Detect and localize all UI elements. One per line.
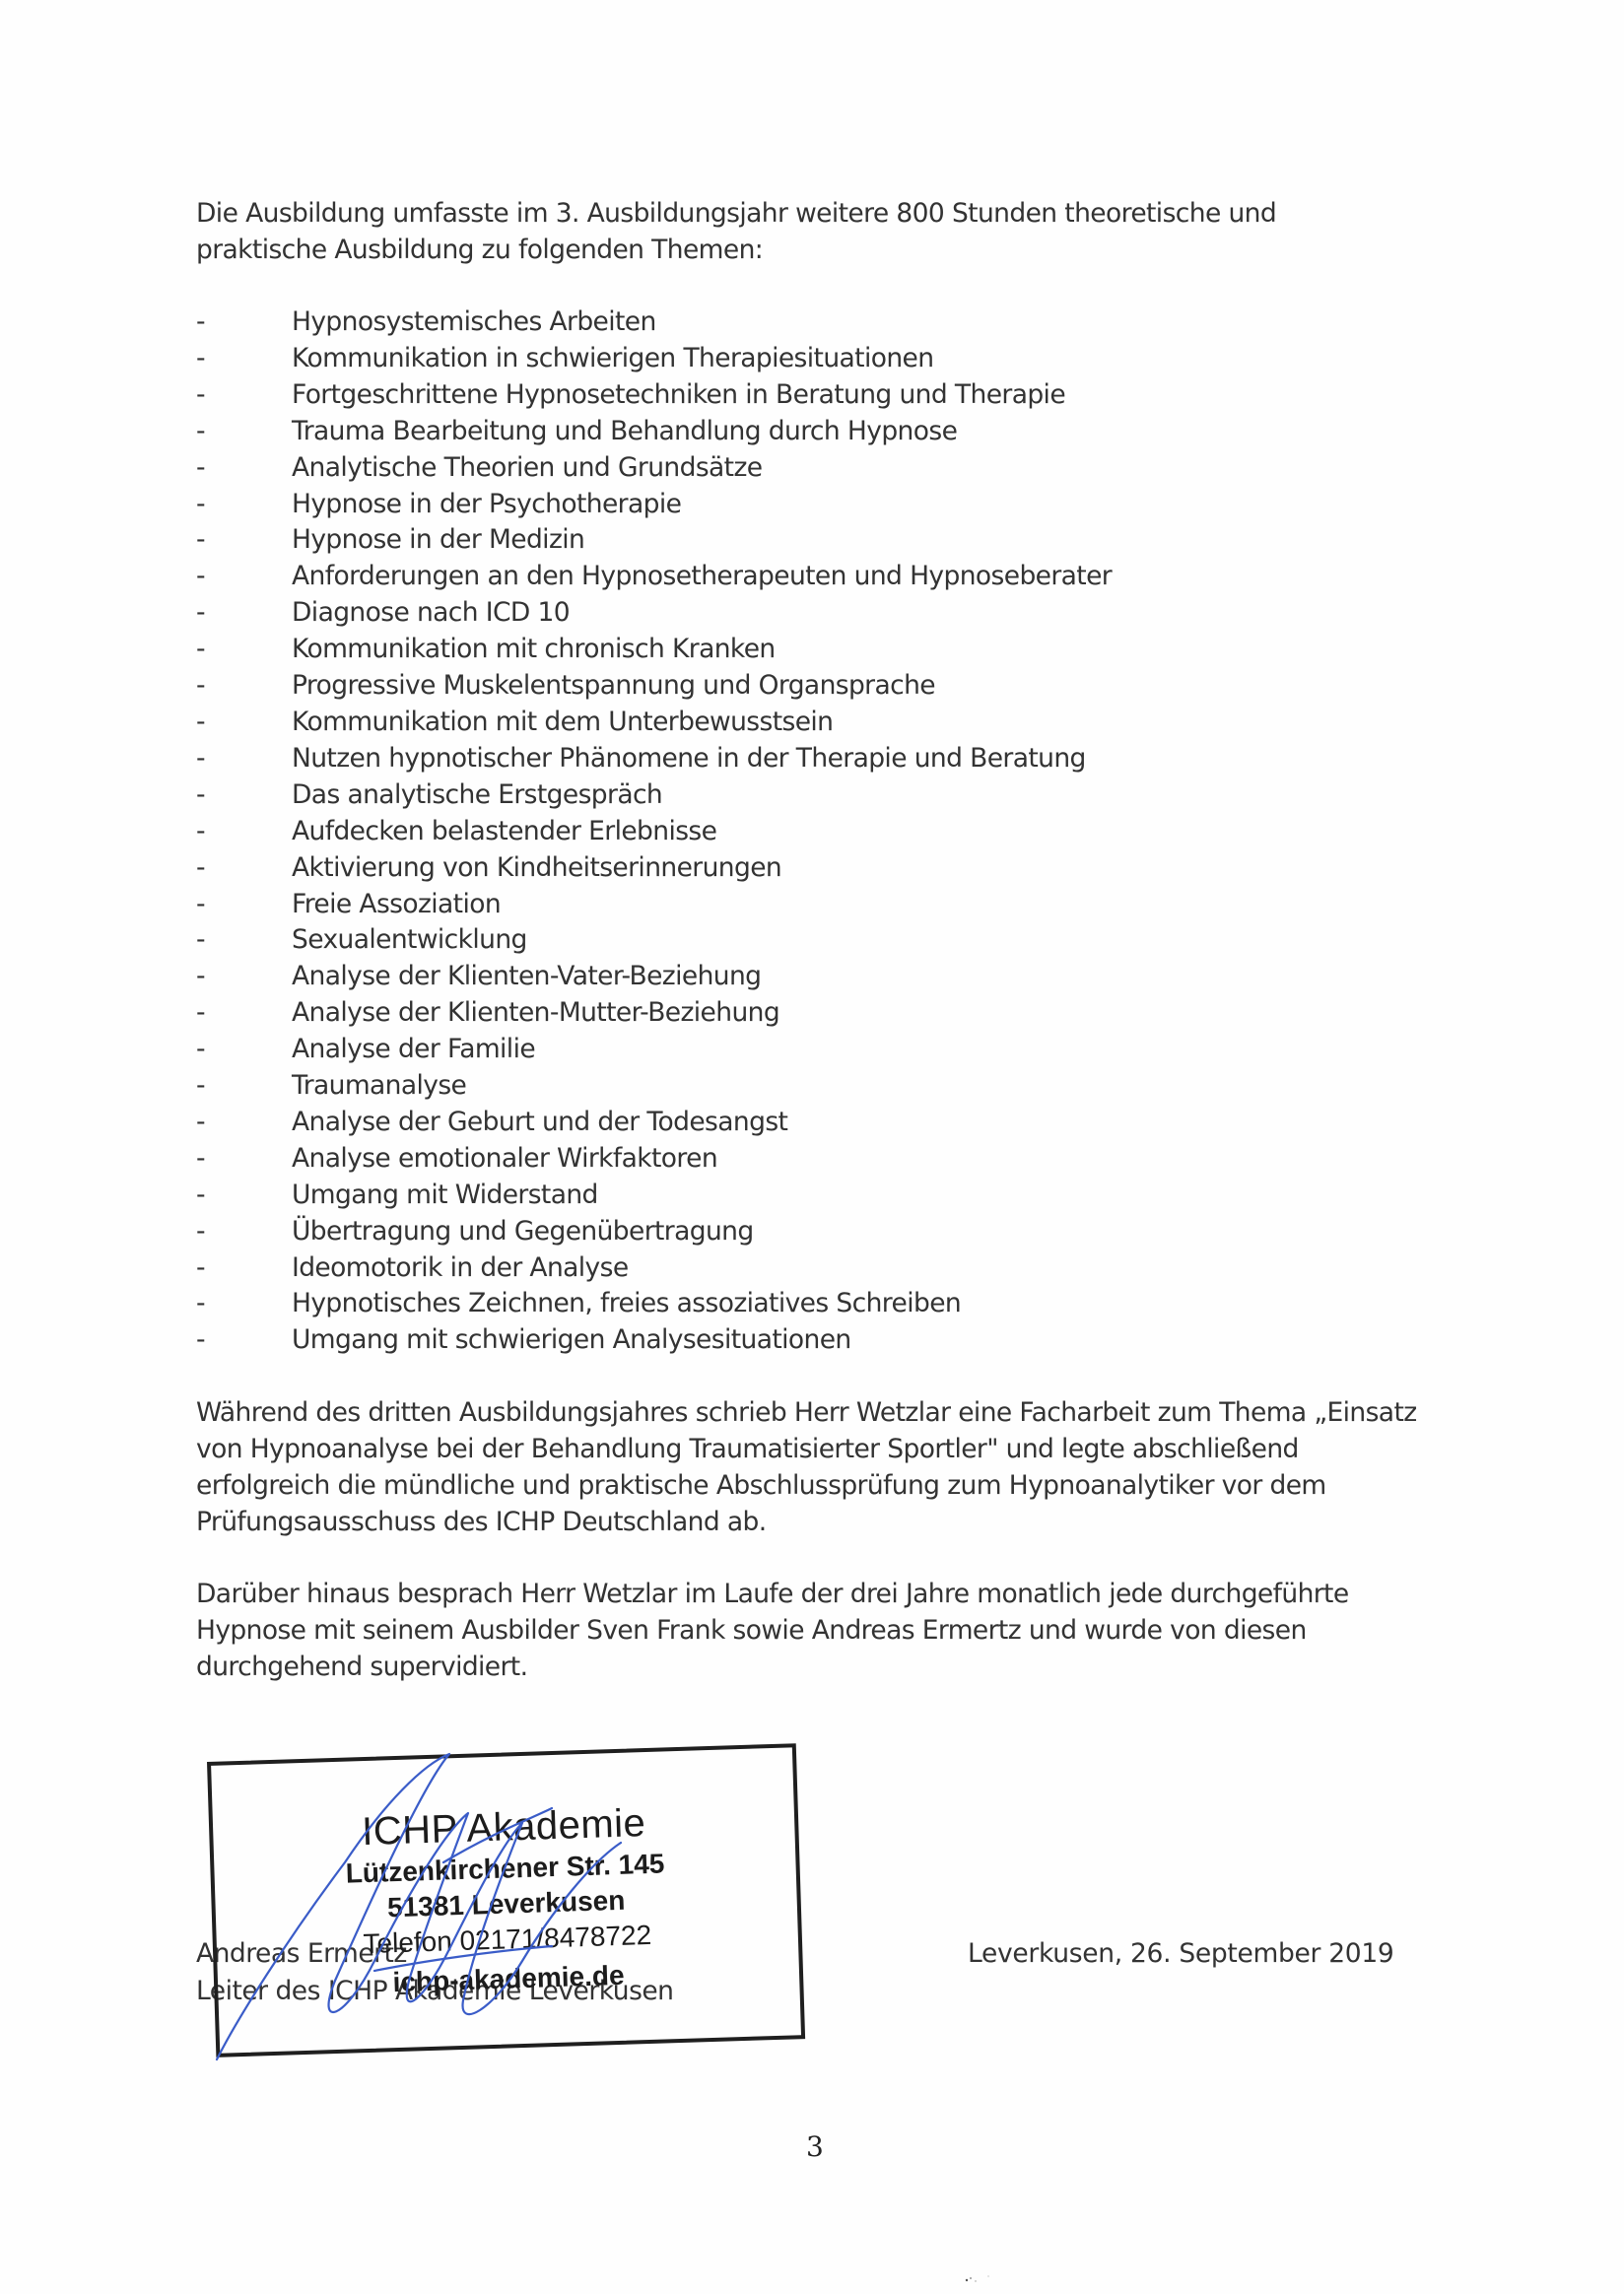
bullet-dash-icon: - — [196, 632, 216, 668]
topic-label: Analytische Theorien und Grundsätze — [292, 452, 762, 483]
topic-list-item: -Umgang mit Widerstand — [196, 1178, 1112, 1214]
bullet-dash-icon: - — [196, 777, 216, 814]
bullet-dash-icon: - — [196, 1214, 216, 1250]
bullet-dash-icon: - — [196, 995, 216, 1032]
topic-list-item: -Analyse der Klienten-Mutter-Beziehung — [196, 995, 1112, 1032]
topic-list-item: -Das analytische Erstgespräch — [196, 777, 1112, 814]
bullet-dash-icon: - — [196, 741, 216, 777]
topic-list-item: -Trauma Bearbeitung und Behandlung durch… — [196, 414, 1112, 450]
bullet-dash-icon: - — [196, 522, 216, 559]
place-date: Leverkusen, 26. September 2019 — [968, 1935, 1393, 1973]
topic-label: Aktivierung von Kindheitserinnerungen — [292, 852, 781, 883]
topic-list-item: -Hypnose in der Medizin — [196, 522, 1112, 559]
bullet-dash-icon: - — [196, 1032, 216, 1068]
topic-list-item: -Umgang mit schwierigen Analysesituation… — [196, 1322, 1112, 1359]
topic-list-item: -Hypnose in der Psychotherapie — [196, 487, 1112, 523]
topic-list-item: -Analyse der Familie — [196, 1032, 1112, 1068]
topic-list-item: -Nutzen hypnotischer Phänomene in der Th… — [196, 741, 1112, 777]
topic-label: Analyse der Klienten-Vater-Beziehung — [292, 961, 761, 991]
bullet-dash-icon: - — [196, 1068, 216, 1105]
topic-list-item: -Progressive Muskelentspannung und Organ… — [196, 668, 1112, 705]
topic-label: Hypnosystemisches Arbeiten — [292, 306, 656, 337]
bullet-dash-icon: - — [196, 341, 216, 377]
topic-label: Umgang mit Widerstand — [292, 1180, 598, 1210]
topic-list-item: -Fortgeschrittene Hypnosetechniken in Be… — [196, 377, 1112, 414]
supervision-paragraph: Darüber hinaus besprach Herr Wetzlar im … — [196, 1576, 1438, 1685]
topic-label: Hypnose in der Psychotherapie — [292, 489, 681, 519]
topic-label: Trauma Bearbeitung und Behandlung durch … — [292, 416, 957, 446]
bullet-dash-icon: - — [196, 1141, 216, 1178]
topic-label: Hypnose in der Medizin — [292, 524, 584, 555]
bullet-dash-icon: - — [196, 377, 216, 414]
topic-label: Fortgeschrittene Hypnosetechniken in Ber… — [292, 379, 1065, 410]
document-page: Die Ausbildung umfasste im 3. Ausbildung… — [0, 0, 1624, 2294]
bullet-dash-icon: - — [196, 1105, 216, 1141]
topic-list-item: -Hypnotisches Zeichnen, freies assoziati… — [196, 1286, 1112, 1322]
topic-label: Übertragung und Gegenübertragung — [292, 1216, 754, 1247]
bullet-dash-icon: - — [196, 705, 216, 741]
topic-label: Freie Assoziation — [292, 889, 501, 919]
topic-list-item: -Freie Assoziation — [196, 887, 1112, 923]
bullet-dash-icon: - — [196, 1250, 216, 1287]
topic-list-item: -Übertragung und Gegenübertragung — [196, 1214, 1112, 1250]
bullet-dash-icon: - — [196, 304, 216, 341]
topic-label: Hypnotisches Zeichnen, freies assoziativ… — [292, 1288, 961, 1318]
topic-list-item: -Aufdecken belastender Erlebnisse — [196, 814, 1112, 850]
topic-label: Nutzen hypnotischer Phänomene in der The… — [292, 743, 1086, 774]
topic-list-item: -Analyse der Klienten-Vater-Beziehung — [196, 959, 1112, 995]
topic-list-item: -Sexualentwicklung — [196, 922, 1112, 959]
topic-label: Sexualentwicklung — [292, 924, 527, 955]
topic-label: Analyse der Familie — [292, 1034, 535, 1064]
company-stamp: ICHP Akademie Lützenkirchener Str. 145 5… — [207, 1743, 805, 2058]
topic-label: Traumanalyse — [292, 1070, 466, 1101]
topic-list: -Hypnosystemisches Arbeiten-Kommunikatio… — [196, 304, 1112, 1359]
topic-list-item: -Kommunikation mit dem Unterbewusstsein — [196, 705, 1112, 741]
topic-list-item: -Aktivierung von Kindheitserinnerungen — [196, 850, 1112, 887]
topic-list-item: -Kommunikation mit chronisch Kranken — [196, 632, 1112, 668]
topic-label: Analyse emotionaler Wirkfaktoren — [292, 1143, 717, 1174]
topic-list-item: -Analytische Theorien und Grundsätze — [196, 450, 1112, 487]
bullet-dash-icon: - — [196, 668, 216, 705]
topic-label: Umgang mit schwierigen Analysesituatione… — [292, 1324, 851, 1355]
bullet-dash-icon: - — [196, 850, 216, 887]
bullet-dash-icon: - — [196, 595, 216, 632]
bullet-dash-icon: - — [196, 887, 216, 923]
bullet-dash-icon: - — [196, 922, 216, 959]
topic-list-item: -Anforderungen an den Hypnosetherapeuten… — [196, 559, 1112, 595]
bullet-dash-icon: - — [196, 1322, 216, 1359]
topic-label: Analyse der Geburt und der Todesangst — [292, 1107, 787, 1137]
topic-label: Progressive Muskelentspannung und Organs… — [292, 670, 935, 701]
bullet-dash-icon: - — [196, 414, 216, 450]
bullet-dash-icon: - — [196, 559, 216, 595]
topic-label: Analyse der Klienten-Mutter-Beziehung — [292, 997, 779, 1028]
topic-list-item: -Traumanalyse — [196, 1068, 1112, 1105]
topic-label: Aufdecken belastender Erlebnisse — [292, 816, 716, 846]
bullet-dash-icon: - — [196, 959, 216, 995]
bullet-dash-icon: - — [196, 487, 216, 523]
topic-label: Ideomotorik in der Analyse — [292, 1252, 629, 1283]
bullet-dash-icon: - — [196, 1286, 216, 1322]
topic-list-item: -Analyse der Geburt und der Todesangst — [196, 1105, 1112, 1141]
topic-label: Kommunikation mit dem Unterbewusstsein — [292, 707, 833, 737]
intro-paragraph: Die Ausbildung umfasste im 3. Ausbildung… — [196, 195, 1398, 268]
topic-label: Kommunikation in schwierigen Therapiesit… — [292, 343, 933, 373]
topic-list-item: -Analyse emotionaler Wirkfaktoren — [196, 1141, 1112, 1178]
topic-label: Diagnose nach ICD 10 — [292, 597, 570, 628]
topic-list-item: -Kommunikation in schwierigen Therapiesi… — [196, 341, 1112, 377]
page-number: 3 — [806, 2130, 824, 2163]
topic-label: Kommunikation mit chronisch Kranken — [292, 634, 776, 664]
bullet-dash-icon: - — [196, 450, 216, 487]
scan-artifact-icon — [961, 2272, 1000, 2284]
topic-list-item: -Diagnose nach ICD 10 — [196, 595, 1112, 632]
bullet-dash-icon: - — [196, 1178, 216, 1214]
topic-list-item: -Ideomotorik in der Analyse — [196, 1250, 1112, 1287]
bullet-dash-icon: - — [196, 814, 216, 850]
topic-label: Anforderungen an den Hypnosetherapeuten … — [292, 561, 1112, 591]
topic-label: Das analytische Erstgespräch — [292, 779, 662, 810]
topic-list-item: -Hypnosystemisches Arbeiten — [196, 304, 1112, 341]
thesis-paragraph: Während des dritten Ausbildungsjahres sc… — [196, 1394, 1438, 1540]
